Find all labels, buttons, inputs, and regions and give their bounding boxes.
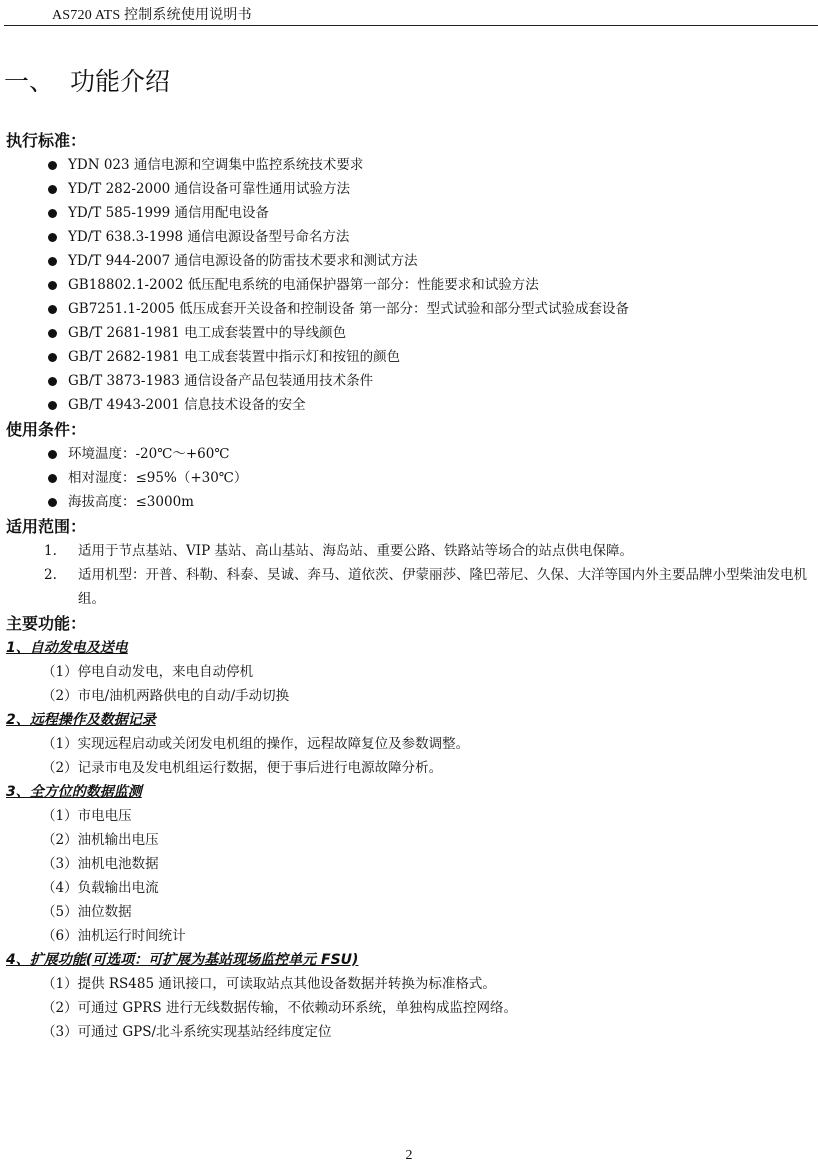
bullet-icon [48, 233, 57, 242]
item-text: 海拔高度：≤3000m [68, 494, 194, 510]
item-text: GB7251.1-2005 低压成套开关设备和控制设备 第一部分：型式试验和部分… [68, 301, 629, 317]
item-text: YD/T 585-1999 通信用配电设备 [68, 205, 269, 221]
item-text: 相对湿度：≤95%（+30℃） [68, 470, 247, 486]
function-group-list: （1）实现远程启动或关闭发电机组的操作，远程故障复位及参数调整。 （2）记录市电… [6, 732, 818, 780]
item-text: GB/T 4943-2001 信息技术设备的安全 [68, 397, 306, 413]
standards-list: YDN 023 通信电源和空调集中监控系统技术要求 YD/T 282-2000 … [6, 153, 818, 417]
bullet-icon [48, 305, 57, 314]
header-divider [4, 25, 818, 26]
bullet-icon [48, 498, 57, 507]
item-text: YD/T 944-2007 通信电源设备的防雷技术要求和测试方法 [68, 253, 418, 269]
list-item: （1）实现远程启动或关闭发电机组的操作，远程故障复位及参数调整。 [6, 732, 818, 756]
list-item: GB7251.1-2005 低压成套开关设备和控制设备 第一部分：型式试验和部分… [6, 297, 818, 321]
bullet-icon [48, 474, 57, 483]
item-number: 1. [44, 539, 57, 563]
function-group-title: 4、扩展功能(可选项：可扩展为基站现场监控单元 FSU) [6, 948, 818, 972]
list-item: （2）市电/油机两路供电的自动/手动切换 [6, 684, 818, 708]
list-item: （2）可通过 GPRS 进行无线数据传输，不依赖动环系统，单独构成监控网络。 [6, 996, 818, 1020]
page-number: 2 [0, 1148, 818, 1164]
bullet-icon [48, 377, 57, 386]
bullet-icon [48, 209, 57, 218]
scope-list: 1.适用于节点基站、VIP 基站、高山基站、海岛站、重要公路、铁路站等场合的站点… [6, 539, 818, 611]
list-item: YD/T 282-2000 通信设备可靠性通用试验方法 [6, 177, 818, 201]
conditions-heading: 使用条件： [6, 417, 818, 442]
content: 执行标准： YDN 023 通信电源和空调集中监控系统技术要求 YD/T 282… [6, 128, 818, 1044]
list-item: 相对湿度：≤95%（+30℃） [6, 466, 818, 490]
item-text: YD/T 638.3-1998 通信电源设备型号命名方法 [68, 229, 349, 245]
functions-heading: 主要功能： [6, 611, 818, 636]
standards-heading: 执行标准： [6, 128, 818, 153]
bullet-icon [48, 353, 57, 362]
item-number: 2. [44, 563, 57, 587]
item-text: GB/T 2681-1981 电工成套装置中的导线颜色 [68, 325, 346, 341]
function-group-list: （1）提供 RS485 通讯接口，可读取站点其他设备数据并转换为标准格式。 （2… [6, 972, 818, 1044]
bullet-icon [48, 185, 57, 194]
list-item: （6）油机运行时间统计 [6, 924, 818, 948]
function-group-list: （1）市电电压 （2）油机输出电压 （3）油机电池数据 （4）负载输出电流 （5… [6, 804, 818, 948]
list-item: YD/T 944-2007 通信电源设备的防雷技术要求和测试方法 [6, 249, 818, 273]
list-item: （3）油机电池数据 [6, 852, 818, 876]
conditions-list: 环境温度：-20℃～+60℃ 相对湿度：≤95%（+30℃） 海拔高度：≤300… [6, 442, 818, 514]
function-group-title: 2、远程操作及数据记录 [6, 708, 818, 732]
list-item: （1）停电自动发电，来电自动停机 [6, 660, 818, 684]
list-item: 环境温度：-20℃～+60℃ [6, 442, 818, 466]
list-item: 海拔高度：≤3000m [6, 490, 818, 514]
bullet-icon [48, 401, 57, 410]
item-text: YDN 023 通信电源和空调集中监控系统技术要求 [68, 157, 363, 173]
list-item: YD/T 638.3-1998 通信电源设备型号命名方法 [6, 225, 818, 249]
function-group-title: 1、自动发电及送电 [6, 636, 818, 660]
bullet-icon [48, 161, 57, 170]
list-item: GB/T 2682-1981 电工成套装置中指示灯和按钮的颜色 [6, 345, 818, 369]
item-text: GB18802.1-2002 低压配电系统的电涌保护器第一部分：性能要求和试验方… [68, 277, 539, 293]
list-item: GB/T 2681-1981 电工成套装置中的导线颜色 [6, 321, 818, 345]
chapter-number: 一、 [4, 62, 70, 98]
list-item: YDN 023 通信电源和空调集中监控系统技术要求 [6, 153, 818, 177]
bullet-icon [48, 281, 57, 290]
chapter-title-text: 功能介绍 [70, 67, 170, 96]
item-text: 环境温度：-20℃～+60℃ [68, 446, 229, 462]
item-text: 适用于节点基站、VIP 基站、高山基站、海岛站、重要公路、铁路站等场合的站点供电… [78, 543, 633, 559]
page-header: AS720 ATS 控制系统使用说明书 [52, 4, 252, 24]
list-item: （2）油机输出电压 [6, 828, 818, 852]
list-item: GB/T 3873-1983 通信设备产品包装通用技术条件 [6, 369, 818, 393]
list-item: GB18802.1-2002 低压配电系统的电涌保护器第一部分：性能要求和试验方… [6, 273, 818, 297]
function-group-list: （1）停电自动发电，来电自动停机 （2）市电/油机两路供电的自动/手动切换 [6, 660, 818, 708]
function-group-title: 3、全方位的数据监测 [6, 780, 818, 804]
item-text: GB/T 3873-1983 通信设备产品包装通用技术条件 [68, 373, 373, 389]
bullet-icon [48, 257, 57, 266]
list-item: 1.适用于节点基站、VIP 基站、高山基站、海岛站、重要公路、铁路站等场合的站点… [6, 539, 818, 563]
chapter-title: 一、功能介绍 [4, 62, 170, 98]
list-item: YD/T 585-1999 通信用配电设备 [6, 201, 818, 225]
bullet-icon [48, 450, 57, 459]
list-item: （4）负载输出电流 [6, 876, 818, 900]
list-item: （5）油位数据 [6, 900, 818, 924]
bullet-icon [48, 329, 57, 338]
list-item: 2.适用机型：开普、科勒、科泰、昊诚、奔马、道依茨、伊蒙丽莎、隆巴蒂尼、久保、大… [6, 563, 818, 611]
list-item: （3）可通过 GPS/北斗系统实现基站经纬度定位 [6, 1020, 818, 1044]
list-item: （1）提供 RS485 通讯接口，可读取站点其他设备数据并转换为标准格式。 [6, 972, 818, 996]
list-item: （2）记录市电及发电机组运行数据，便于事后进行电源故障分析。 [6, 756, 818, 780]
list-item: （1）市电电压 [6, 804, 818, 828]
item-text: 适用机型：开普、科勒、科泰、昊诚、奔马、道依茨、伊蒙丽莎、隆巴蒂尼、久保、大洋等… [78, 567, 807, 607]
scope-heading: 适用范围： [6, 514, 818, 539]
list-item: GB/T 4943-2001 信息技术设备的安全 [6, 393, 818, 417]
item-text: YD/T 282-2000 通信设备可靠性通用试验方法 [68, 181, 350, 197]
item-text: GB/T 2682-1981 电工成套装置中指示灯和按钮的颜色 [68, 349, 400, 365]
